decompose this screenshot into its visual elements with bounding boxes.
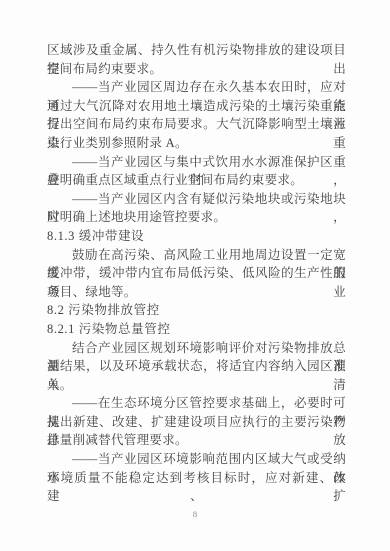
text-line: 缓冲带，缓冲带内宜布局低污染、低风险的生产性服务业 (47, 264, 346, 283)
page-number: 8 (0, 508, 390, 520)
section-heading: 8.2.1 污染物总量管控 (47, 320, 346, 339)
text-line: 提出新建、改建、扩建建设项目应执行的主要污染物排放 (47, 413, 346, 432)
text-line: ——在生态环境分区管控要求基础上，必要时可从严 (47, 394, 346, 413)
text-line: 测结果，以及环境承载状态，将适宜内容纳入园区准入清 (47, 357, 346, 376)
section-heading: 8.1.3 缓冲带建设 (47, 227, 346, 246)
section-heading: 8.2 污染物排放管控 (47, 301, 346, 320)
page-body: 区域涉及重金属、持久性有机污染物排放的建设项目提出空间布局约束要求。——当产业园… (47, 41, 346, 487)
text-line: 环境质量不能稳定达到考核目标时，应对新建、改建、扩 (47, 469, 346, 488)
text-line: ——当产业园区内含有疑似污染地块或污染地块时， (47, 190, 346, 209)
document-page: 区域涉及重金属、持久性有机污染物排放的建设项目提出空间布局约束要求。——当产业园… (0, 0, 390, 551)
text-line: ——当产业园区周边存在永久基本农田时，应对可能 (47, 78, 346, 97)
text-line: 通过大气沉降对农用地土壤造成污染的土壤污染重点行业 (47, 97, 346, 116)
text-line: 鼓励在高污染、高风险工业用地周边设置一定宽度的 (47, 246, 346, 265)
text-line: ——当产业园区环境影响范围内区域大气或受纳水体 (47, 450, 346, 469)
text-line: ——当产业园区与集中式饮用水水源准保护区重叠时， (47, 153, 346, 172)
text-line: 结合产业园区规划环境影响评价对污染物排放总量预 (47, 339, 346, 358)
text-line: 区域涉及重金属、持久性有机污染物排放的建设项目提出 (47, 41, 346, 60)
text-line: 提出空间布局约束布局要求。大气沉降影响型土壤污染重 (47, 115, 346, 134)
text-line: 应明确重点区域重点行业空间布局约束要求。 (47, 171, 346, 190)
